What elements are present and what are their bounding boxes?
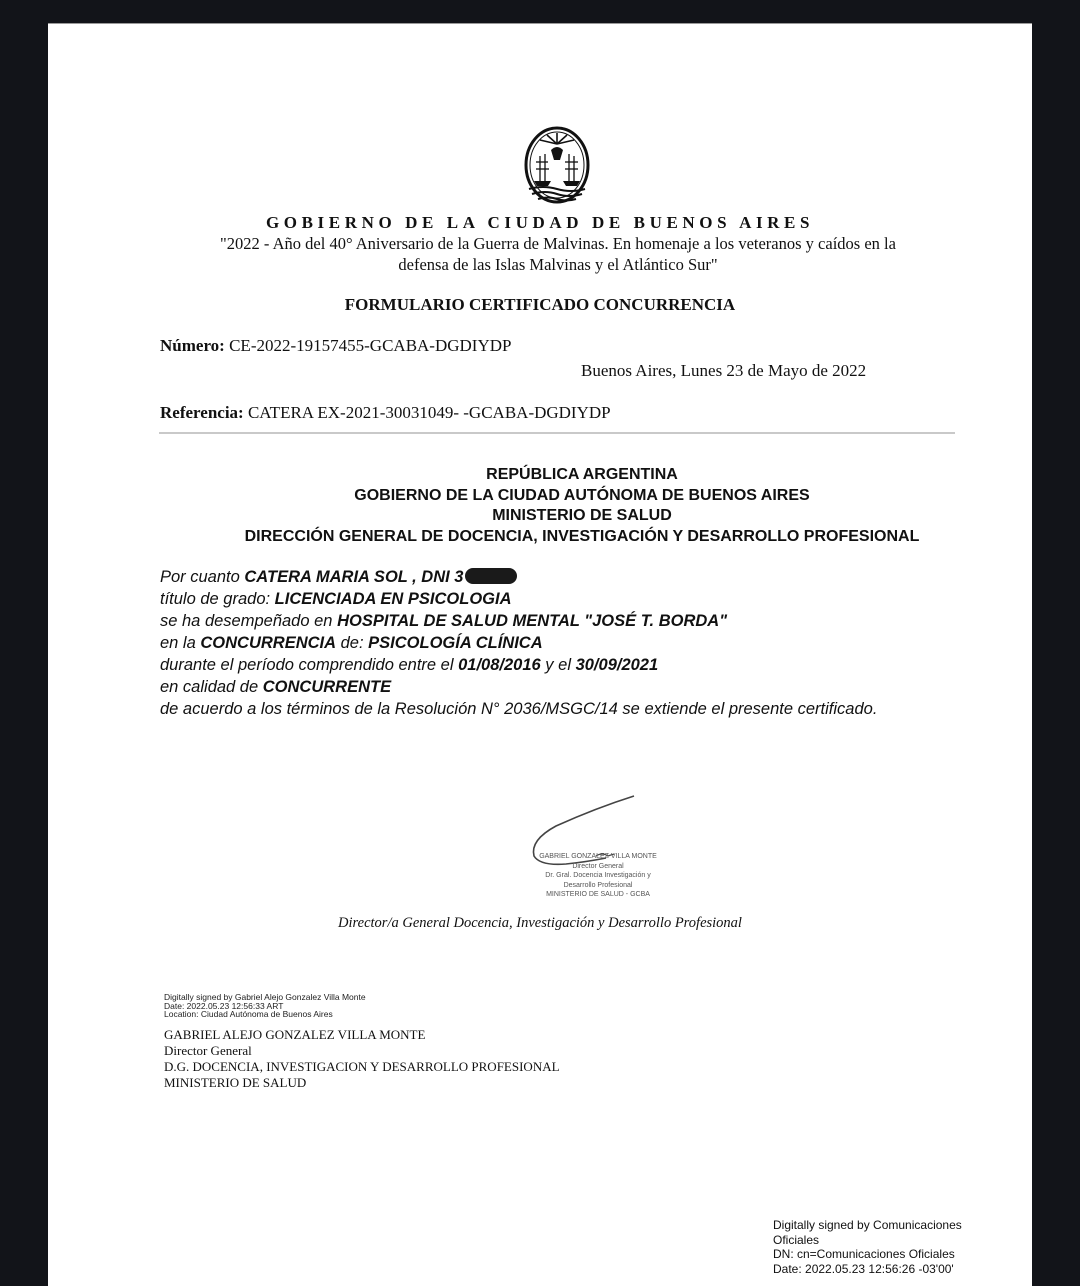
numero-value: CE-2022-19157455-GCABA-DGDIYDP — [229, 336, 511, 355]
digital-signature-gabriel: Digitally signed by Gabriel Alejo Gonzal… — [164, 993, 366, 1019]
signer-ministry: MINISTERIO DE SALUD — [164, 1075, 560, 1091]
certificate-line-role: en calidad de CONCURRENTE — [160, 676, 877, 698]
certificate-line-degree: título de grado: LICENCIADA EN PSICOLOGI… — [160, 588, 877, 610]
certificate-line-period: durante el período comprendido entre el … — [160, 654, 877, 676]
specialty-value: PSICOLOGÍA CLÍNICA — [368, 634, 542, 652]
document-page: GOBIERNO DE LA CIUDAD DE BUENOS AIRES "2… — [48, 23, 1032, 1286]
commemorative-motto: "2022 - Año del 40° Aniversario de la Gu… — [168, 233, 948, 275]
header-direction: DIRECCIÓN GENERAL DE DOCENCIA, INVESTIGA… — [48, 527, 1080, 548]
signer-office: D.G. DOCENCIA, INVESTIGACION Y DESARROLL… — [164, 1059, 560, 1075]
certificate-line-resolution: de acuerdo a los términos de la Resoluci… — [160, 698, 877, 720]
signer-block: GABRIEL ALEJO GONZALEZ VILLA MONTE Direc… — [164, 1027, 560, 1091]
holder-name: CATERA MARIA SOL , DNI 3 — [244, 568, 463, 586]
document-number: Número: CE-2022-19157455-GCABA-DGDIYDP — [160, 336, 511, 356]
coat-of-arms-icon — [523, 126, 591, 204]
motto-line-2: defensa de las Islas Malvinas y el Atlán… — [168, 254, 948, 275]
numero-label: Número: — [160, 336, 225, 355]
start-date: 01/08/2016 — [458, 656, 541, 674]
certificate-line-name: Por cuanto CATERA MARIA SOL , DNI 3 — [160, 566, 877, 588]
digital-signature-comunicaciones: Digitally signed by Comunicaciones Ofici… — [773, 1218, 962, 1276]
header-government: GOBIERNO DE LA CIUDAD AUTÓNOMA DE BUENOS… — [48, 486, 1080, 507]
signer-title: Director General — [164, 1043, 560, 1059]
certificate-line-hospital: se ha desempeñado en HOSPITAL DE SALUD M… — [160, 610, 877, 632]
referencia-label: Referencia: — [160, 403, 244, 422]
header-country: REPÚBLICA ARGENTINA — [48, 465, 1080, 486]
document-reference: Referencia: CATERA EX-2021-30031049- -GC… — [160, 403, 611, 423]
redacted-dni — [465, 568, 517, 584]
form-title: FORMULARIO CERTIFICADO CONCURRENCIA — [48, 295, 1032, 315]
motto-line-1: "2022 - Año del 40° Aniversario de la Gu… — [168, 233, 948, 254]
referencia-value: CATERA EX-2021-30031049- -GCABA-DGDIYDP — [248, 403, 611, 422]
institution-header: REPÚBLICA ARGENTINA GOBIERNO DE LA CIUDA… — [48, 465, 1080, 547]
certificate-line-specialty: en la CONCURRENCIA de: PSICOLOGÍA CLÍNIC… — [160, 632, 877, 654]
end-date: 30/09/2021 — [576, 656, 659, 674]
director-role-caption: Director/a General Docencia, Investigaci… — [48, 915, 1032, 932]
hospital-name: HOSPITAL DE SALUD MENTAL "JOSÉ T. BORDA" — [337, 612, 727, 630]
government-title: GOBIERNO DE LA CIUDAD DE BUENOS AIRES — [48, 213, 1032, 233]
role-value: CONCURRENTE — [263, 678, 391, 696]
signer-name: GABRIEL ALEJO GONZALEZ VILLA MONTE — [164, 1027, 560, 1043]
header-ministry: MINISTERIO DE SALUD — [48, 506, 1080, 527]
official-stamp: GABRIEL GONZALEZ VILLA MONTE Director Ge… — [528, 852, 668, 900]
divider — [159, 432, 955, 434]
certificate-body: Por cuanto CATERA MARIA SOL , DNI 3 títu… — [160, 566, 877, 720]
degree-value: LICENCIADA EN PSICOLOGIA — [275, 590, 512, 608]
document-date: Buenos Aires, Lunes 23 de Mayo de 2022 — [581, 361, 866, 381]
